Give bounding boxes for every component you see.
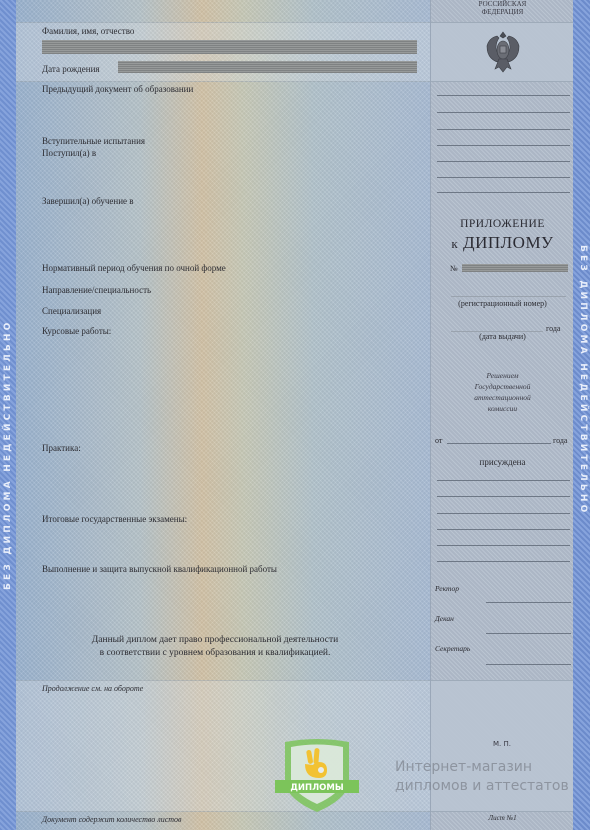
coursework-label: Курсовые работы: xyxy=(42,326,111,336)
side-rule xyxy=(437,480,570,481)
subtitle-prefix: к xyxy=(451,236,458,251)
commission-date-line xyxy=(447,443,551,444)
sheet-number: Лист №1 xyxy=(431,814,574,822)
reg-number-line xyxy=(451,296,566,297)
sheets-count-label: Документ содержит количество листов xyxy=(42,815,182,824)
seal-label: М. П. xyxy=(493,740,511,748)
rights-notice: Данный диплом дает право профессионально… xyxy=(40,634,390,660)
country-line-1: РОССИЙСКАЯ xyxy=(431,0,574,8)
previous-document-label: Предыдущий документ об образовании xyxy=(42,84,193,94)
right-strip-text: БЕЗ ДИПЛОМА НЕДЕЙСТВИТЕЛЬНО xyxy=(578,245,588,605)
side-rule xyxy=(437,95,570,96)
full-name-redacted xyxy=(42,40,417,54)
commission-line-4: комиссии xyxy=(431,403,574,414)
notice-line-1: Данный диплом дает право профессионально… xyxy=(40,634,390,647)
continued-label: Продолжение см. на обороте xyxy=(42,684,143,693)
notice-line-2: в соответствии с уровнем образования и к… xyxy=(40,647,390,660)
diploma-supplement-page: БЕЗ ДИПЛОМА НЕДЕЙСТВИТЕЛЬНО Фамилия, имя… xyxy=(0,0,590,830)
enrolled-label: Поступил(а) в xyxy=(42,148,96,158)
country-name: РОССИЙСКАЯ ФЕДЕРАЦИЯ xyxy=(431,0,574,16)
footer-band xyxy=(16,680,430,812)
dean-signature-line xyxy=(486,633,571,634)
side-rule xyxy=(437,112,570,113)
side-rule xyxy=(437,192,570,193)
side-rule xyxy=(437,513,570,514)
watermark-line-2: дипломов и аттестатов xyxy=(395,777,569,796)
entrance-exams-label: Вступительные испытания xyxy=(42,136,145,146)
commission-line-1: Решением xyxy=(431,370,574,381)
commission-decision: Решением Государственной аттестационной … xyxy=(431,370,574,414)
supplement-title: ПРИЛОЖЕНИЕ xyxy=(431,218,574,230)
coat-of-arms-icon xyxy=(483,28,523,76)
commission-line-3: аттестационной xyxy=(431,392,574,403)
side-rule xyxy=(437,545,570,546)
issue-date-caption: (дата выдачи) xyxy=(431,332,574,341)
secretary-signature-line xyxy=(486,664,571,665)
thesis-label: Выполнение и защита выпускной квалификац… xyxy=(42,564,277,574)
side-rule xyxy=(437,561,570,562)
full-name-label: Фамилия, имя, отчество xyxy=(42,26,134,36)
left-strip-text: БЕЗ ДИПЛОМА НЕДЕЙСТВИТЕЛЬНО xyxy=(3,230,13,590)
side-rule xyxy=(437,145,570,146)
shop-watermark-text: Интернет-магазин дипломов и аттестатов xyxy=(395,758,569,796)
awarded-label: присуждена xyxy=(431,457,574,467)
side-rule xyxy=(437,496,570,497)
side-rule xyxy=(437,161,570,162)
practice-label: Практика: xyxy=(42,443,81,453)
rector-signature-line xyxy=(486,602,571,603)
logo-text: ДИПЛОМЫ xyxy=(290,783,344,793)
final-exams-label: Итоговые государственные экзамены: xyxy=(42,514,187,524)
rector-label: Ректор xyxy=(435,584,459,593)
main-form-area xyxy=(16,0,430,830)
side-rule xyxy=(437,129,570,130)
secretary-label: Секретарь xyxy=(435,644,470,653)
reg-number-caption: (регистрационный номер) xyxy=(431,299,574,308)
specialization-label: Специализация xyxy=(42,306,101,316)
direction-label: Направление/специальность xyxy=(42,285,151,295)
side-panel: РОССИЙСКАЯ ФЕДЕРАЦИЯ ПРИЛОЖЕНИЕ к ДИПЛОМ… xyxy=(430,0,574,830)
side-rule xyxy=(437,529,570,530)
country-line-2: ФЕДЕРАЦИЯ xyxy=(431,8,574,16)
shop-logo: ДИПЛОМЫ xyxy=(271,736,363,814)
commission-line-2: Государственной xyxy=(431,381,574,392)
birth-date-label: Дата рождения xyxy=(42,64,100,74)
subtitle-main: ДИПЛОМУ xyxy=(463,233,554,252)
completed-label: Завершил(а) обучение в xyxy=(42,196,134,206)
number-redacted xyxy=(462,264,568,272)
dean-label: Декан xyxy=(435,614,454,623)
watermark-line-1: Интернет-магазин xyxy=(395,758,569,777)
normative-period-label: Нормативный период обучения по очной фор… xyxy=(42,263,226,273)
year-label-2: года xyxy=(553,436,567,445)
birth-date-redacted xyxy=(118,61,417,73)
side-rule xyxy=(437,177,570,178)
number-label: № xyxy=(450,264,458,273)
supplement-subtitle: к ДИПЛОМУ xyxy=(431,233,574,253)
from-label: от xyxy=(435,436,442,445)
